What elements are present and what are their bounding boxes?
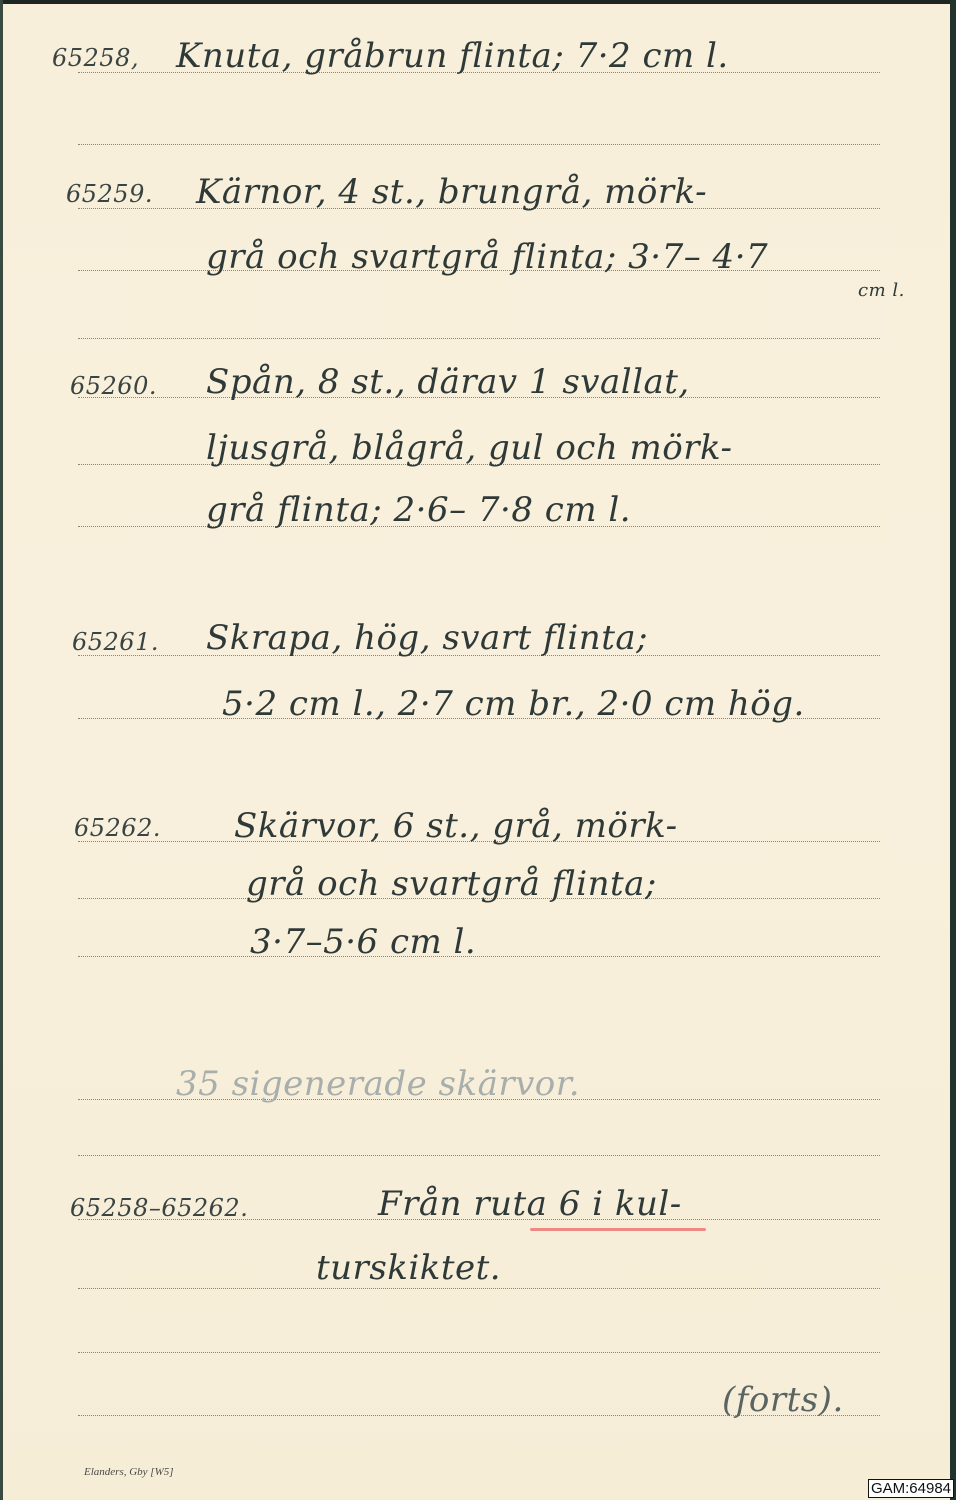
red-underline	[530, 1228, 706, 1231]
catalog-number: 65262.	[74, 814, 161, 842]
catalog-number: 65258,	[52, 44, 139, 72]
continuation-note: (forts).	[722, 1380, 844, 1420]
summary-line-2: turskiktet.	[316, 1248, 501, 1288]
entry-text-line: ljusgrå, blågrå, gul och mörk-	[206, 428, 733, 468]
ruled-line	[78, 144, 880, 145]
scan-right-border	[950, 0, 956, 1500]
catalog-number: 65261.	[72, 628, 159, 656]
ruled-line	[78, 338, 880, 339]
entry-text-line: grå flinta; 2·6– 7·8 cm l.	[206, 490, 631, 530]
ruled-line	[78, 1155, 880, 1156]
pencil-note: 35 sigenerade skärvor.	[176, 1064, 580, 1104]
entry-text-line: Kärnor, 4 st., brungrå, mörk-	[196, 172, 707, 212]
entry-text-line: 3·7–5·6 cm l.	[250, 922, 476, 962]
summary-text-before: Från	[378, 1184, 462, 1224]
entry-text-line: Spån, 8 st., därav 1 svallat,	[206, 362, 690, 402]
summary-underlined: ruta 6	[473, 1184, 581, 1224]
entry-text-line: 5·2 cm l., 2·7 cm br., 2·0 cm hög.	[222, 684, 805, 724]
entry-text-line: Knuta, gråbrun flinta; 7·2 cm l.	[176, 36, 729, 76]
catalog-number: 65259.	[66, 180, 153, 208]
printer-imprint: Elanders, Gby [W5]	[84, 1466, 174, 1478]
entry-text-line: Skrapa, hög, svart flinta;	[206, 618, 648, 658]
ruled-line	[78, 1352, 880, 1353]
archive-id-label: GAM:64984	[868, 1479, 954, 1498]
catalog-range: 65258–65262.	[70, 1194, 248, 1222]
entry-text-line: grå och svartgrå flinta; 3·7– 4·7	[206, 237, 768, 277]
summary-text: Från ruta 6 i kul-	[378, 1184, 682, 1224]
ruled-line	[78, 1288, 880, 1289]
catalog-number: 65260.	[70, 372, 157, 400]
entry-text-line: Skärvor, 6 st., grå, mörk-	[234, 806, 678, 846]
entry-text-line: grå och svartgrå flinta;	[246, 864, 657, 904]
entry-text-line: cm l.	[858, 280, 905, 301]
ruled-line	[78, 956, 880, 957]
summary-text-after: i kul-	[592, 1184, 682, 1224]
